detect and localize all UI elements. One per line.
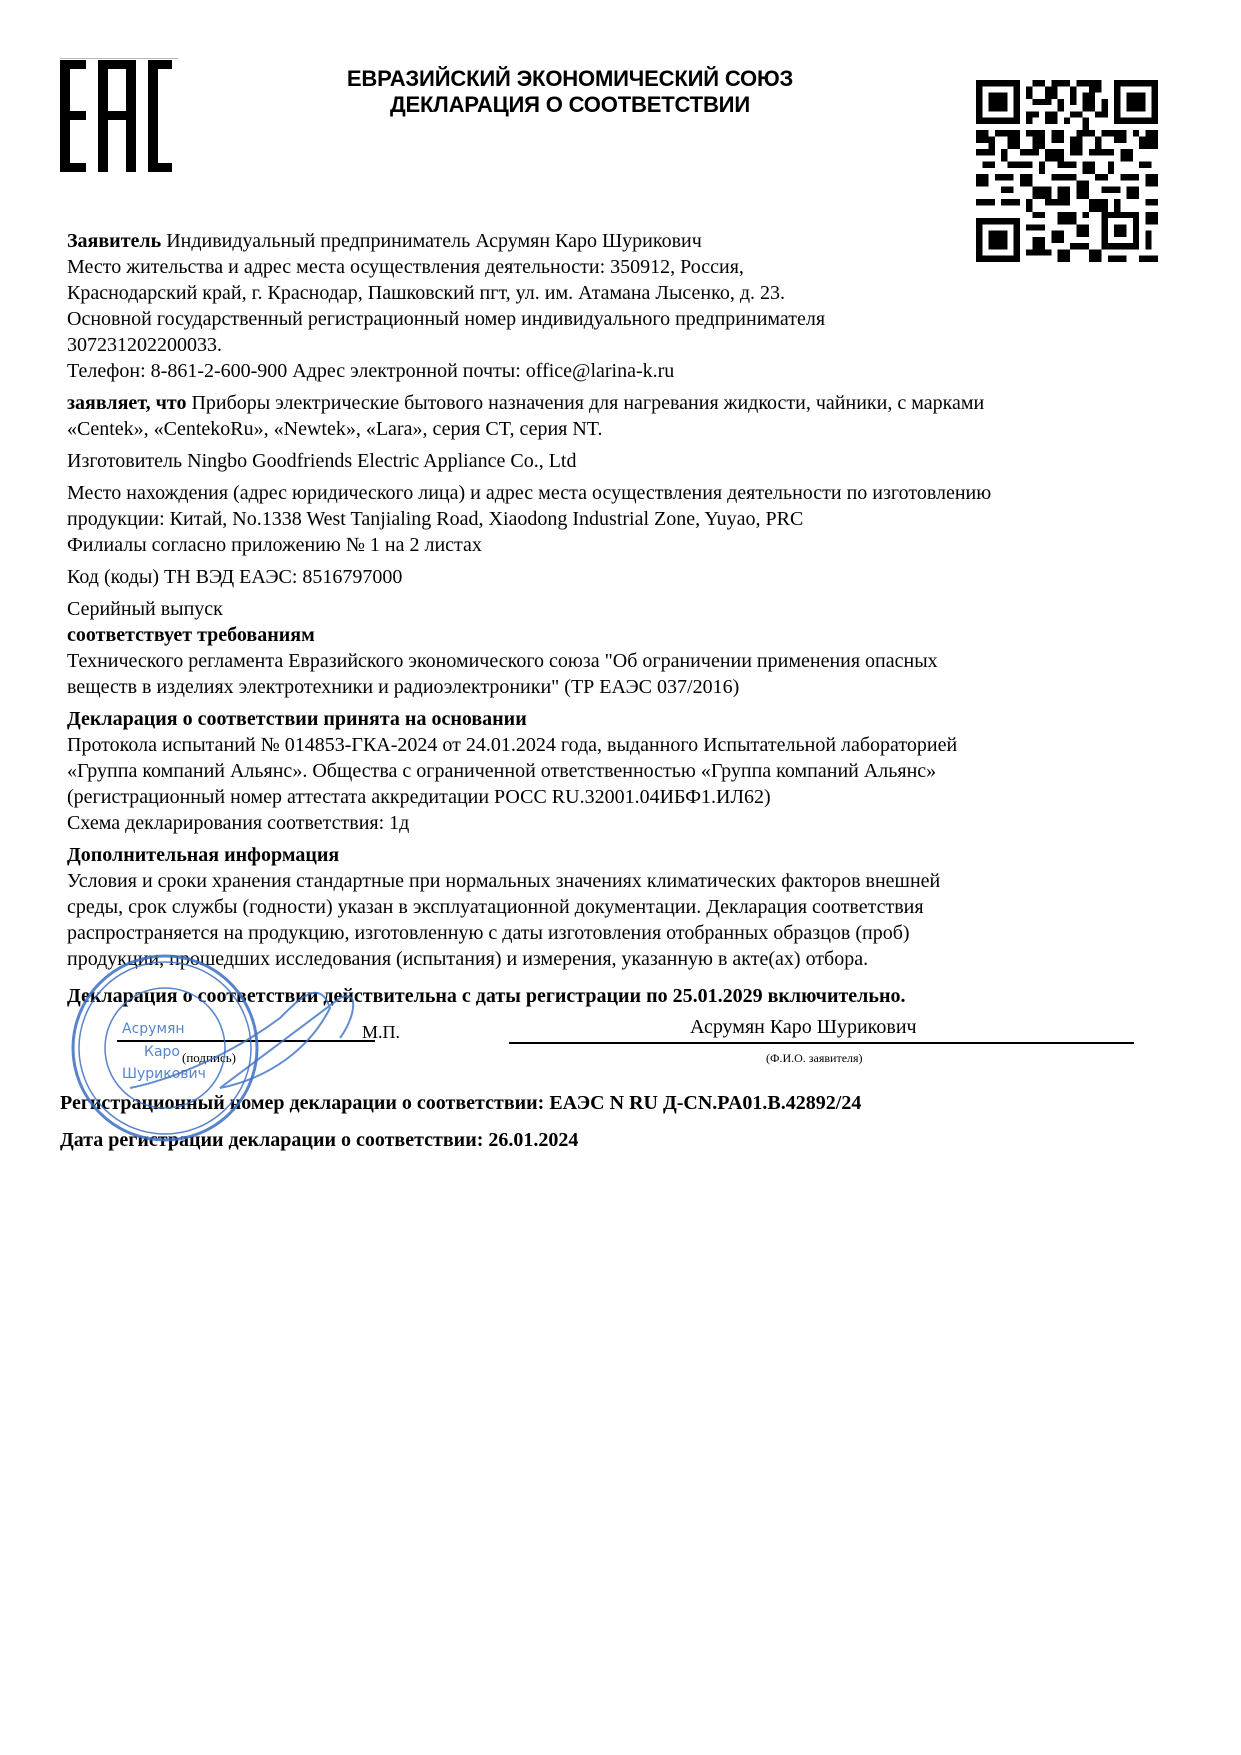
registration-number: Регистрационный номер декларации о соотв… (60, 1092, 861, 1115)
declaration-body: Заявитель Индивидуальный предприниматель… (67, 228, 1157, 972)
declaration-scheme: Схема декларирования соответствия: 1д (67, 810, 1157, 836)
signature-line (117, 1040, 375, 1042)
requirements-heading: соответствует требованиям (67, 622, 1157, 648)
logo-top-rule (60, 58, 178, 59)
stamp-text-2: Каро (144, 1044, 180, 1060)
product-description-1: Приборы электрические бытового назначени… (186, 392, 984, 414)
declares-line: заявляет, что Приборы электрические быто… (67, 390, 1157, 416)
applicant-label: Заявитель (67, 230, 161, 252)
ogrn-number: 307231202200033. (67, 332, 1157, 358)
product-description-2: «Centek», «CentekoRu», «Newtek», «Lara»,… (67, 416, 1157, 442)
eac-logo-icon (60, 60, 172, 172)
branches: Филиалы согласно приложению № 1 на 2 лис… (67, 532, 1157, 558)
requirements-line-2: веществ в изделиях электротехники и ради… (67, 674, 1157, 700)
seal-place-label: М.П. (362, 1022, 400, 1043)
requirements-line-1: Технического регламента Евразийского эко… (67, 648, 1157, 674)
signature-label: (подпись) (182, 1050, 236, 1066)
additional-line-3: распространяется на продукцию, изготовле… (67, 920, 1157, 946)
applicant-name-label: (Ф.И.О. заявителя) (766, 1051, 863, 1066)
manufacturer: Изготовитель Ningbo Goodfriends Electric… (67, 448, 1157, 474)
title-union: ЕВРАЗИЙСКИЙ ЭКОНОМИЧЕСКИЙ СОЮЗ (256, 66, 883, 92)
applicant-address-1: Место жительства и адрес места осуществл… (67, 254, 1157, 280)
basis-line-2: «Группа компаний Альянс». Общества с огр… (67, 758, 1157, 784)
additional-heading: Дополнительная информация (67, 842, 1157, 868)
name-line (509, 1042, 1134, 1044)
applicant-full-name: Асрумян Каро Шурикович (690, 1016, 917, 1039)
basis-line-3: (регистрационный номер аттестата аккреди… (67, 784, 1157, 810)
tnved-code: Код (коды) ТН ВЭД ЕАЭС: 8516797000 (67, 564, 1157, 590)
applicant-line: Заявитель Индивидуальный предприниматель… (67, 228, 1157, 254)
declares-label: заявляет, что (67, 392, 186, 414)
registration-date: Дата регистрации декларации о соответств… (60, 1129, 578, 1152)
applicant-name: Индивидуальный предприниматель Асрумян К… (161, 230, 702, 252)
stamp-text-1: Асрумян (122, 1021, 185, 1037)
additional-line-4: продукции, прошедших исследования (испыт… (67, 946, 1157, 972)
manufacturer-location-1: Место нахождения (адрес юридического лиц… (67, 480, 1157, 506)
title-declaration: ДЕКЛАРАЦИЯ О СООТВЕТСТВИИ (256, 92, 883, 118)
additional-line-1: Условия и сроки хранения стандартные при… (67, 868, 1157, 894)
applicant-contacts: Телефон: 8-861-2-600-900 Адрес электронн… (67, 358, 1157, 384)
applicant-address-2: Краснодарский край, г. Краснодар, Пашков… (67, 280, 1157, 306)
additional-line-2: среды, срок службы (годности) указан в э… (67, 894, 1157, 920)
validity-statement: Декларация о соответствии действительна … (67, 985, 906, 1008)
ogrn-label: Основной государственный регистрационный… (67, 306, 1157, 332)
basis-line-1: Протокола испытаний № 014853-ГКА-2024 от… (67, 732, 1157, 758)
stamp-text-3: Шурикович (122, 1066, 206, 1082)
production-type: Серийный выпуск (67, 596, 1157, 622)
basis-heading: Декларация о соответствии принята на осн… (67, 706, 1157, 732)
manufacturer-location-2: продукции: Китай, No.1338 West Tanjialin… (67, 506, 1157, 532)
document-title: ЕВРАЗИЙСКИЙ ЭКОНОМИЧЕСКИЙ СОЮЗ ДЕКЛАРАЦИ… (256, 66, 883, 118)
